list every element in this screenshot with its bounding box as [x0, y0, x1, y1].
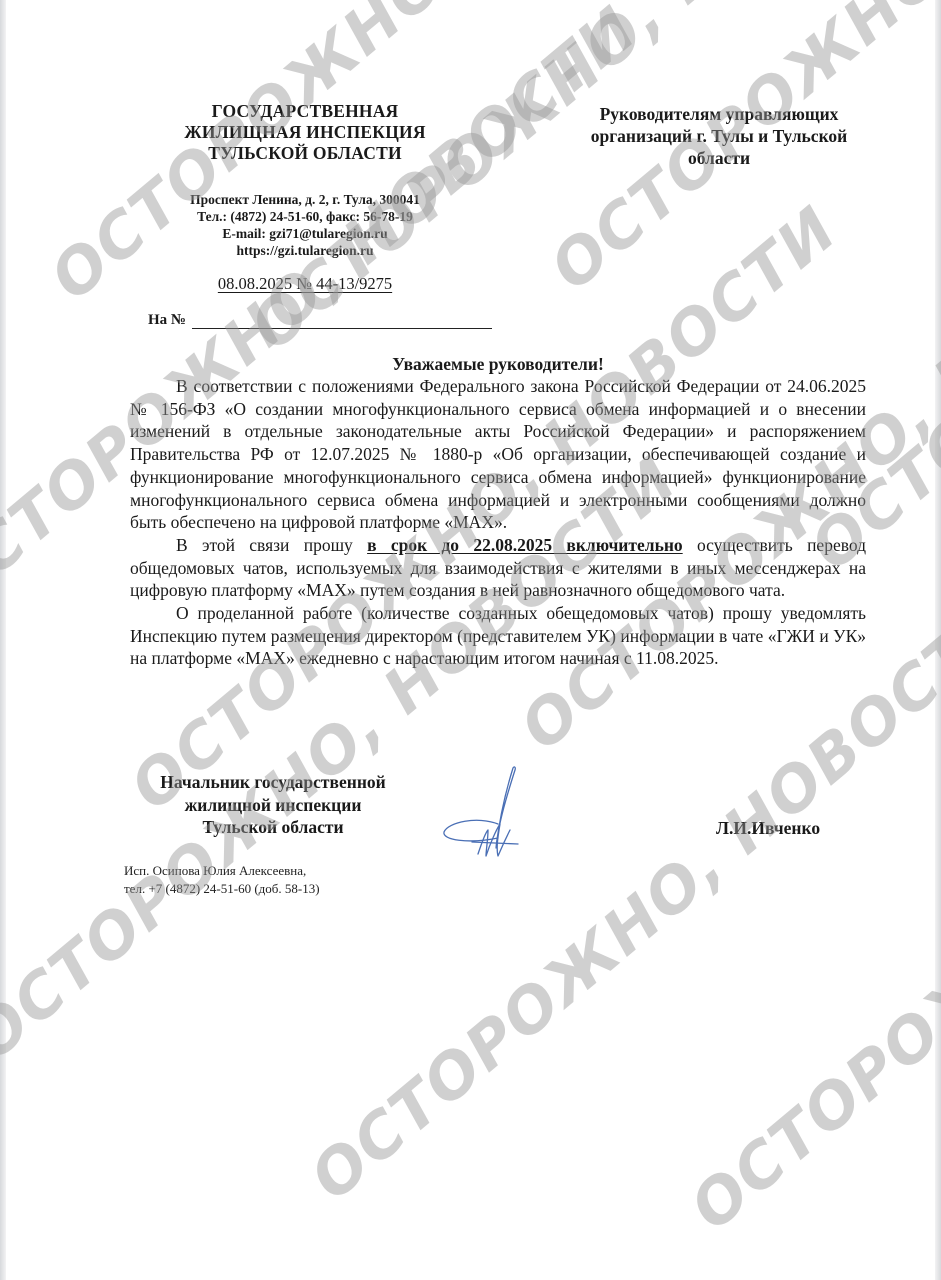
sender-website: https://gzi.tularegion.ru [150, 242, 460, 259]
request-text-before: В этой связи прошу [176, 535, 367, 555]
addressee-line: области [560, 147, 878, 169]
org-name-line: ЖИЛИЩНАЯ ИНСПЕКЦИЯ [150, 122, 460, 143]
sender-address: Проспект Ленина, д. 2, г. Тула, 300041 [150, 191, 460, 208]
signer-name: Л.И.Ивченко [716, 818, 820, 839]
signer-position-line: Тульской области [138, 816, 408, 839]
sender-email: E-mail: gzi71@tularegion.ru [150, 225, 460, 242]
in-reply-to-field: На № [148, 312, 492, 329]
sender-phone-fax: Тел.: (4872) 24-51-60, факс: 56-78-19 [150, 208, 460, 225]
sender-org-name: ГОСУДАРСТВЕННАЯ ЖИЛИЩНАЯ ИНСПЕКЦИЯ ТУЛЬС… [150, 101, 460, 164]
in-reply-blank-line [192, 312, 492, 329]
addressee-block: Руководителям управляющих организаций г.… [560, 103, 878, 169]
letter-body: В соответствии с положениями Федеральног… [130, 375, 866, 670]
paragraph-request: В этой связи прошу в срок до 22.08.2025 … [130, 534, 866, 602]
document-page: ГОСУДАРСТВЕННАЯ ЖИЛИЩНАЯ ИНСПЕКЦИЯ ТУЛЬС… [0, 0, 941, 1280]
org-name-line: ТУЛЬСКОЙ ОБЛАСТИ [150, 143, 460, 164]
org-name-line: ГОСУДАРСТВЕННАЯ [150, 101, 460, 122]
addressee-line: организаций г. Тулы и Тульской [560, 125, 878, 147]
outgoing-reference-number: 08.08.2025 № 44-13/9275 [150, 274, 460, 294]
in-reply-label: На № [148, 312, 186, 329]
signer-position: Начальник государственной жилищной инспе… [138, 771, 408, 839]
executor-phone: тел. +7 (4872) 24-51-60 (доб. 58-13) [124, 880, 320, 898]
sender-contacts: Проспект Ленина, д. 2, г. Тула, 300041 Т… [150, 191, 460, 259]
page-edge-right [935, 0, 941, 1280]
signer-position-line: жилищной инспекции [138, 794, 408, 817]
handwritten-signature-icon [438, 764, 548, 864]
paragraph-reporting: О проделанной работе (количестве созданн… [130, 602, 866, 670]
signer-position-line: Начальник государственной [138, 771, 408, 794]
addressee-line: Руководителям управляющих [560, 103, 878, 125]
watermark-text: ОСТОРОЖНО, НОВОСТИ [297, 582, 941, 1215]
executor-name: Исп. Осипова Юлия Алексеевна, [124, 862, 320, 880]
sender-header: ГОСУДАРСТВЕННАЯ ЖИЛИЩНАЯ ИНСПЕКЦИЯ ТУЛЬС… [150, 101, 460, 294]
watermark-text: ОСТОРОЖНО, НОВОСТИ [677, 612, 941, 1245]
page-edge-left [0, 0, 6, 1280]
paragraph-legal-basis: В соответствии с положениями Федеральног… [130, 375, 866, 534]
executor-info: Исп. Осипова Юлия Алексеевна, тел. +7 (4… [124, 862, 320, 898]
salutation: Уважаемые руководители! [130, 354, 866, 375]
deadline-highlight: в срок до 22.08.2025 включительно [367, 535, 683, 555]
